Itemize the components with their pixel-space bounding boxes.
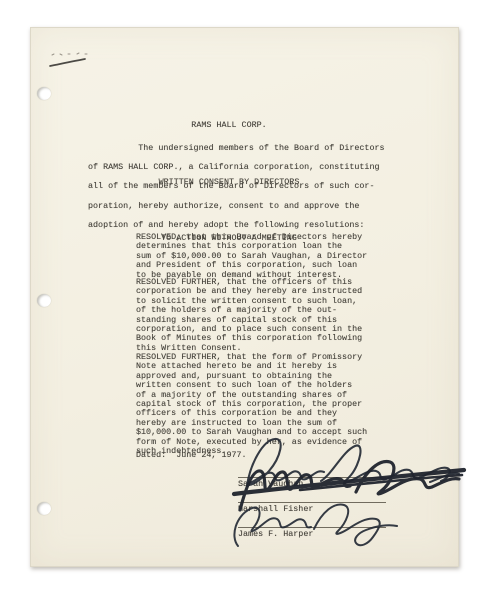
signature-line <box>238 527 386 528</box>
typed-name-james-f-harper: James F. Harper <box>238 529 388 539</box>
typed-name-sarah-vaughan: Sarah Vaughan <box>238 479 388 489</box>
typed-name-marshall-fisher: Marshall Fisher <box>238 504 388 514</box>
signature-block-marshall-fisher: Marshall Fisher <box>238 502 388 514</box>
title-line-company: RAMS HALL CORP. <box>61 116 397 135</box>
intro-paragraph: The undersigned members of the Board of … <box>88 139 385 235</box>
signature-block-james-f-harper: James F. Harper <box>238 527 388 539</box>
resolution-3: RESOLVED FURTHER, that the form of Promi… <box>136 353 367 456</box>
signature-line <box>238 477 386 478</box>
document-page: RAMS HALL CORP. WRITTEN CONSENT BY DIREC… <box>30 27 459 567</box>
dated-line: Dated: June 24, 1977. <box>136 450 247 460</box>
hole-punch-bottom <box>37 502 51 515</box>
resolution-1: RESOLVED, that this Board of Directors h… <box>136 233 367 280</box>
hole-punch-middle <box>37 294 51 307</box>
resolution-2: RESOLVED FURTHER, that the officers of t… <box>136 278 362 353</box>
hole-punch-top <box>37 87 51 100</box>
signature-block-sarah-vaughan: Sarah Vaughan <box>238 477 388 489</box>
signature-line <box>238 502 386 503</box>
